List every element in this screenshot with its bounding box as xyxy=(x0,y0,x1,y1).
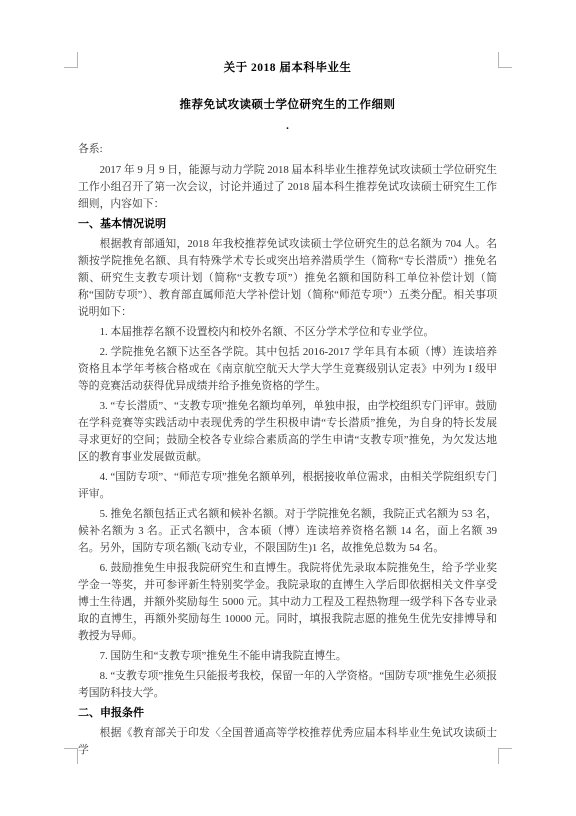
salutation: 各系: xyxy=(78,141,497,158)
paragraph: 7. 国防生和“支教专项”推免生不能申请我院直博生。 xyxy=(78,648,497,665)
paragraph: 4. “国防专项”、“师范专项”推免名额单列，根据接收单位需求，由相关学院组织专… xyxy=(78,469,497,503)
section-heading: 一、基本情况说明 xyxy=(78,216,497,233)
paragraph: 2. 学院推免名额下达至各学院。其中包括 2016-2017 学年具有本硕（博）… xyxy=(78,344,497,395)
paragraph: 3. “专长潜质”、“支教专项”推免名额均单列，单独申报，由学校组织专门评审。鼓… xyxy=(78,398,497,466)
text-area: 关于 2018 届本科毕业生 推荐免试攻读硕士学位研究生的工作细则 . 各系: … xyxy=(78,61,497,762)
paragraph: 6. 鼓励推免生申报我院研究生和直博生。我院将优先录取本院推免生，给予学业奖学金… xyxy=(78,560,497,645)
paragraph: 根据《教育部关于印发〈全国普通高等学校推荐优秀应届本科毕业生免试攻读硕士学 xyxy=(78,725,497,759)
paragraph: 5. 推免名额包括正式名额和候补名额。对于学院推免名额，我院正式名额为 53 名… xyxy=(78,506,497,557)
paragraph: 1. 本届推荐名额不设置校内和校外名额、不区分学术学位和专业学位。 xyxy=(78,324,497,341)
document-title-line1: 关于 2018 届本科毕业生 xyxy=(78,61,497,76)
paragraph: 根据教育部通知，2018 年我校推荐免试攻读硕士学位研究生的总名额为 704 人… xyxy=(78,236,497,321)
document-title-line2: 推荐免试攻读硕士学位研究生的工作细则 xyxy=(78,98,497,113)
document-body: 2017 年 9 月 9 日，能源与动力学院 2018 届本科毕业生推荐免试攻读… xyxy=(78,162,497,759)
separator-dot: . xyxy=(78,121,497,131)
crop-mark-bottom-left xyxy=(64,748,78,764)
paragraph: 8. “支教专项”推免生只能报考我校，保留一年的入学资格。“国防专项”推免生必须… xyxy=(78,668,497,702)
crop-mark-bottom-right xyxy=(498,748,512,764)
crop-mark-top-left xyxy=(64,52,78,68)
document-page: 关于 2018 届本科毕业生 推荐免试攻读硕士学位研究生的工作细则 . 各系: … xyxy=(0,0,576,816)
paragraph: 2017 年 9 月 9 日，能源与动力学院 2018 届本科毕业生推荐免试攻读… xyxy=(78,162,497,213)
section-heading: 二、申报条件 xyxy=(78,705,497,722)
crop-mark-top-right xyxy=(498,52,512,68)
